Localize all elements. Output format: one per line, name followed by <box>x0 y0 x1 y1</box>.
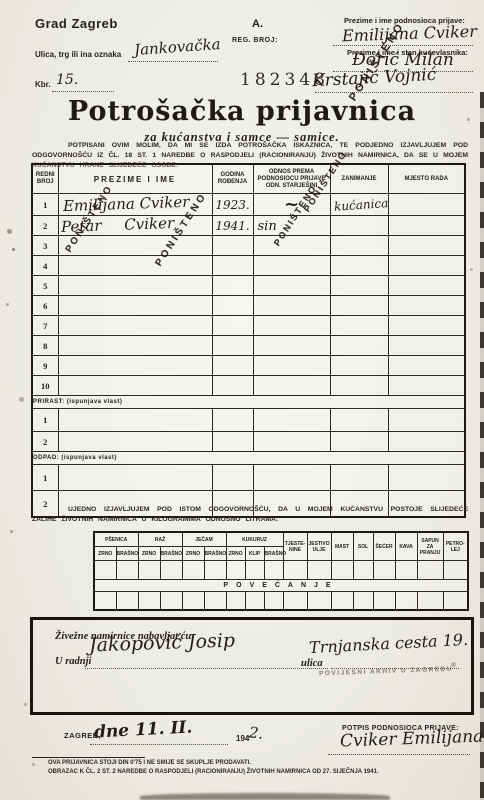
name-cell <box>58 356 212 376</box>
ulica-handwritten: Trnjanska cesta 19. <box>309 630 469 657</box>
scan-smudge-artifact <box>140 793 390 800</box>
occupation-cell <box>330 236 388 256</box>
workplace-cell <box>388 432 465 452</box>
workplace-cell <box>388 376 465 396</box>
col-header-prezime-ime: PREZIME I IME <box>58 164 212 194</box>
year-cell <box>212 316 253 336</box>
year-cell: 1923. <box>212 194 253 216</box>
relation-cell <box>253 316 330 336</box>
name-cell <box>58 276 212 296</box>
sub-zrno: ZRNO <box>94 547 116 561</box>
name-cell <box>58 465 212 491</box>
supplies-intro: UJEDNO IZJAVLJUJEM POD ISTOM ODGOVORNOŠĆ… <box>32 505 468 525</box>
col-tjestenine: TJESTE- NINE <box>283 532 307 561</box>
occupation-cell <box>330 409 388 432</box>
group-jecam: JEČAM <box>182 532 226 547</box>
row-number: 6 <box>32 296 58 316</box>
sub-brasno: BRAŠNO <box>264 547 283 561</box>
row-number: 4 <box>32 256 58 276</box>
workplace-cell <box>388 356 465 376</box>
radnji-label: U radnji <box>55 656 91 667</box>
relation-cell <box>253 376 330 396</box>
relation-cell <box>253 465 330 491</box>
name-cell <box>58 376 212 396</box>
city-name: Grad Zagreb <box>35 16 118 31</box>
row-number: 8 <box>32 336 58 356</box>
street-line <box>128 60 218 62</box>
povecanje-label: POVEĆANJE <box>94 580 468 592</box>
sub-zrno: ZRNO <box>138 547 160 561</box>
supplies-empty-row-1 <box>94 561 468 580</box>
year-cell <box>212 376 253 396</box>
radnji-handwritten: Jakopović Josip <box>89 629 236 656</box>
year-cell <box>212 432 253 452</box>
radnji-line <box>85 667 328 669</box>
date-handwritten: dne 11. II. <box>94 717 193 742</box>
relation-cell <box>253 409 330 432</box>
row-number: 1 <box>32 409 58 432</box>
sub-klip: KLIP <box>245 547 264 561</box>
sub-brasno: BRAŠNO <box>160 547 182 561</box>
group-psenica: PŠENICA <box>94 532 138 547</box>
prirast-row-1: 1 <box>32 409 465 432</box>
name-handwritten: Emilijana Cviker <box>58 193 189 216</box>
col-secer: ŠEĆER <box>373 532 395 561</box>
relation-cell <box>253 296 330 316</box>
member-row-8: 8 <box>32 336 465 356</box>
shop-box: Živežne namirnice nabavljat ću: U radnji… <box>30 617 474 715</box>
prirast-band: PRIRAST: (ispunjava vlast) <box>32 396 465 409</box>
sub-zrno: ZRNO <box>226 547 245 561</box>
form-letter: A. <box>252 18 263 30</box>
occupation-cell <box>330 336 388 356</box>
col-kava: KAVA <box>395 532 417 561</box>
row-number: 7 <box>32 316 58 336</box>
occupation-cell: kućanica <box>330 194 388 216</box>
scan-edge-artifact <box>480 92 484 800</box>
odpad-label: ODPAD: (ispunjava vlast) <box>32 452 465 465</box>
row-number: 2 <box>32 432 58 452</box>
name-cell <box>58 432 212 452</box>
workplace-cell <box>388 216 465 236</box>
kbr-line <box>52 90 114 92</box>
footnote-1: OVA PRIJAVNICA STOJI DIN 0'75 I NE SMIJE… <box>48 760 448 766</box>
landlord-line-2 <box>315 91 473 93</box>
year-cell <box>212 409 253 432</box>
name-cell <box>58 336 212 356</box>
povecanje-band: POVEĆANJE <box>94 580 468 592</box>
workplace-cell <box>388 276 465 296</box>
member-row-5: 5 <box>32 276 465 296</box>
year-cell <box>212 465 253 491</box>
member-row-2: 2 Petar Cviker 1941. sin <box>32 216 465 236</box>
footnote-rule <box>32 757 145 758</box>
col-mast: MAST <box>331 532 353 561</box>
row-number: 5 <box>32 276 58 296</box>
page-title: Potrošačka prijavnica <box>0 96 484 127</box>
name-cell <box>58 316 212 336</box>
reg-number-label: REG. BROJ: <box>232 37 278 44</box>
signature-handwritten: Cviker Emilijana <box>340 727 484 752</box>
workplace-cell <box>388 236 465 256</box>
relation-handwritten: sin <box>254 219 277 234</box>
member-row-9: 9 <box>32 356 465 376</box>
group-raz: RAŽ <box>138 532 182 547</box>
workplace-cell <box>388 336 465 356</box>
col-header-mjesto-rada: MJESTO RADA <box>388 164 465 194</box>
relation-cell <box>253 256 330 276</box>
workplace-cell <box>388 465 465 491</box>
relation-cell <box>253 356 330 376</box>
row-number: 9 <box>32 356 58 376</box>
sub-brasno: BRAŠNO <box>116 547 138 561</box>
footnote-2: OBRAZAC K ČL. 2 ST. 2 NAREDBE O RASPODJE… <box>48 769 468 775</box>
sub-zrno: ZRNO <box>182 547 204 561</box>
year-cell <box>212 256 253 276</box>
row-number: 2 <box>32 216 58 236</box>
occupation-cell <box>330 256 388 276</box>
signature-line <box>328 753 470 755</box>
year-cell <box>212 336 253 356</box>
row-number: 3 <box>32 236 58 256</box>
col-petrolej: PETRO- LEJ <box>443 532 468 561</box>
scanned-form-page: Grad Zagreb A. REG. BROJ: 182348 Ulica, … <box>0 0 484 800</box>
sub-brasno: BRAŠNO <box>204 547 226 561</box>
name-cell <box>58 256 212 276</box>
odpad-band: ODPAD: (ispunjava vlast) <box>32 452 465 465</box>
street-label: Ulica, trg ili ina oznaka <box>35 50 121 59</box>
year-handwritten: 1923. <box>215 198 249 212</box>
relation-cell <box>253 236 330 256</box>
row-number: 1 <box>32 465 58 491</box>
kbr-label: Kbr. <box>35 80 51 89</box>
name-cell <box>58 296 212 316</box>
scan-speck-artifacts <box>12 248 15 251</box>
supplies-empty-row-2 <box>94 592 468 611</box>
street-handwritten: Jankovačka <box>133 35 221 59</box>
occupation-cell <box>330 316 388 336</box>
occupation-cell <box>330 296 388 316</box>
col-header-redni-broj: REDNI BROJ <box>32 164 58 194</box>
row-number: 10 <box>32 376 58 396</box>
year-cell <box>212 236 253 256</box>
year-cell <box>212 276 253 296</box>
applicant-handwritten: Emilijana Cviker <box>342 22 477 46</box>
workplace-cell <box>388 316 465 336</box>
kbr-handwritten: 15. <box>56 72 78 88</box>
year-handwritten: 1941. <box>215 219 249 233</box>
col-jestivo-ulje: JESTIVO ULJE <box>307 532 331 561</box>
year-handwritten: 2. <box>248 723 264 742</box>
col-header-godina: GODINA ROĐENJA <box>212 164 253 194</box>
workplace-cell <box>388 409 465 432</box>
date-line <box>90 743 228 745</box>
row-number: 1 <box>32 194 58 216</box>
prirast-row-2: 2 <box>32 432 465 452</box>
member-row-3: 3 <box>32 236 465 256</box>
occupation-cell <box>330 276 388 296</box>
occupation-cell <box>330 216 388 236</box>
workplace-cell <box>388 296 465 316</box>
occupation-handwritten: kućanica <box>330 196 388 214</box>
occupation-cell <box>330 376 388 396</box>
supplies-table: PŠENICA RAŽ JEČAM KUKURUZ TJESTE- NINE J… <box>93 531 469 611</box>
member-row-10: 10 <box>32 376 465 396</box>
relation-cell <box>253 336 330 356</box>
year-cell: 1941. <box>212 216 253 236</box>
name-cell <box>58 409 212 432</box>
member-row-6: 6 <box>32 296 465 316</box>
col-sol: SOL <box>353 532 373 561</box>
occupation-cell <box>330 356 388 376</box>
workplace-cell <box>388 256 465 276</box>
odpad-row-1: 1 <box>32 465 465 491</box>
member-row-4: 4 <box>32 256 465 276</box>
workplace-cell <box>388 194 465 216</box>
member-row-7: 7 <box>32 316 465 336</box>
occupation-cell <box>330 432 388 452</box>
year-cell <box>212 356 253 376</box>
relation-cell <box>253 432 330 452</box>
group-kukuruz: KUKURUZ <box>226 532 283 547</box>
ulica-label: ulica <box>301 658 323 669</box>
col-sapun: SAPUN ZA PRANJU <box>417 532 443 561</box>
year-cell <box>212 296 253 316</box>
occupation-cell <box>330 465 388 491</box>
relation-cell <box>253 276 330 296</box>
prirast-label: PRIRAST: (ispunjava vlast) <box>32 396 465 409</box>
